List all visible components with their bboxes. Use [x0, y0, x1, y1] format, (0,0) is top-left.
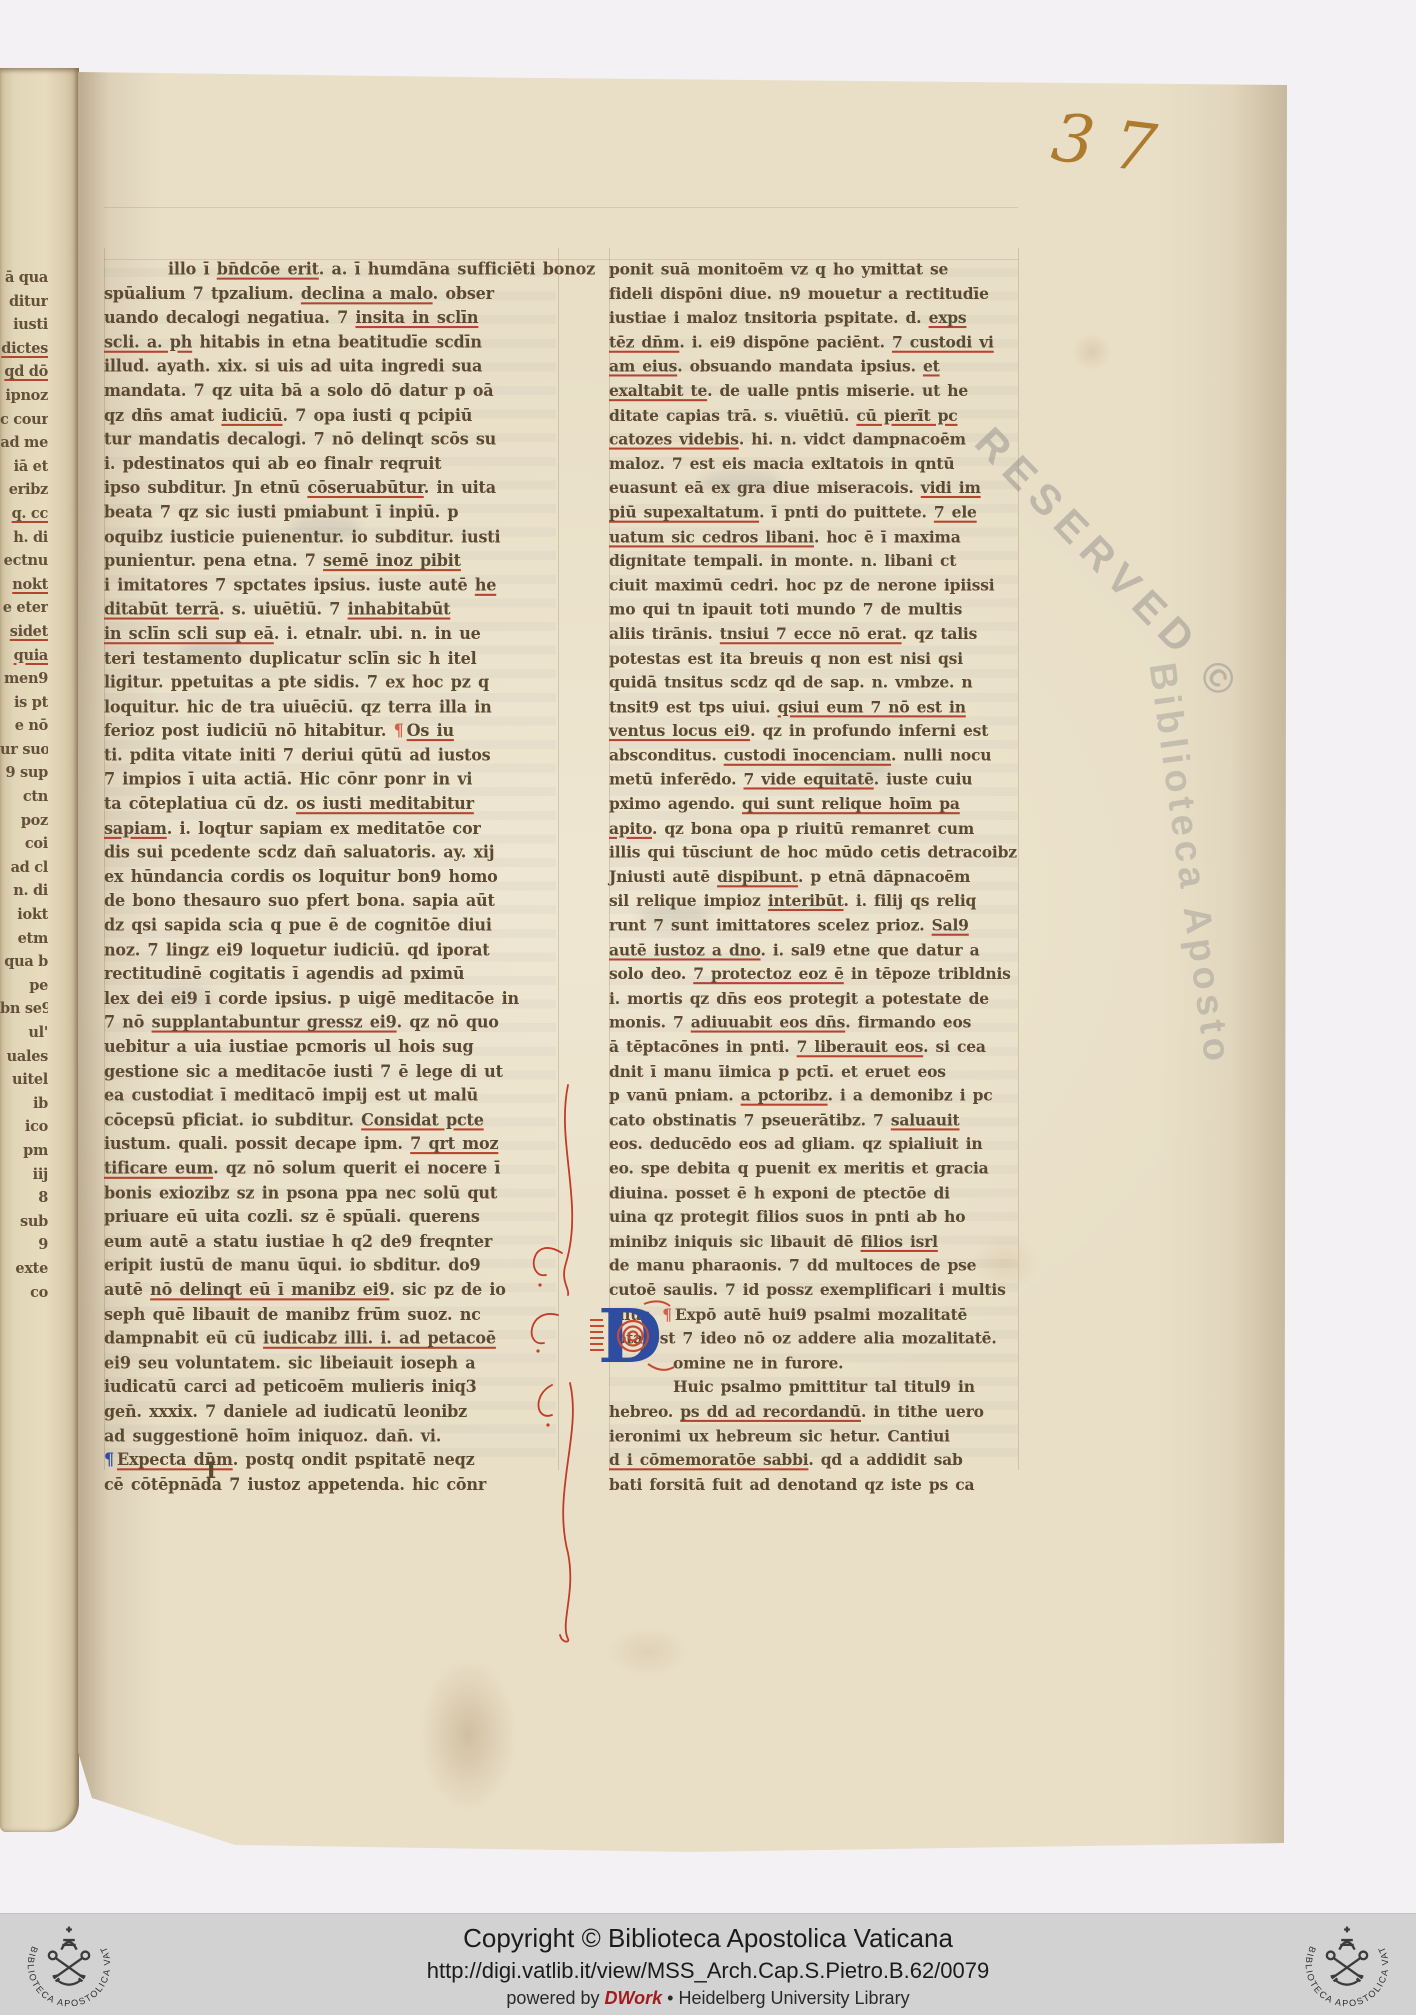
- manuscript-line: minibz iniquis sic libauit dē filios isr…: [609, 1229, 1019, 1253]
- manuscript-line: n. di: [0, 879, 48, 903]
- manuscript-line: oquibz iusticie puienentur. io subditur.…: [104, 524, 558, 548]
- rubric-underline: cū pierīt pc: [856, 405, 957, 425]
- manuscript-line: iij: [0, 1163, 48, 1187]
- manuscript-line: ad me: [0, 431, 48, 455]
- illuminated-initial-d: D: [588, 1294, 680, 1380]
- rubric-underline: uatum sic cedros libani: [609, 526, 814, 546]
- crossed-keys-emblem: [1327, 1927, 1367, 1985]
- manuscript-line: mo qui tn ipauit toti mundo 7 de multis: [609, 597, 1019, 621]
- manuscript-line: sidet: [0, 620, 48, 644]
- manuscript-line: tur mandatis decalogi. 7 nō delinqt scōs…: [104, 427, 558, 451]
- rubric-underline: tēz dn̄m: [609, 332, 679, 352]
- paraph-mark-red: ¶: [394, 721, 407, 741]
- manuscript-line: nokt: [0, 573, 48, 597]
- previous-page-text-fragments: ā quadituriustidictesqd dōipnozc courad …: [0, 266, 48, 1304]
- manuscript-line: men9: [0, 667, 48, 691]
- manuscript-line: seph quē libauit de manibz frūm suoz. nc: [104, 1302, 558, 1326]
- previous-page-edge: ā quadituriustidictesqd dōipnozc courad …: [0, 68, 79, 1832]
- rubric-underline: custodi īnocenciam: [724, 745, 891, 765]
- rubric-underline: 7 custodi vi: [892, 332, 994, 352]
- rubric-underline: sidet: [10, 623, 48, 640]
- manuscript-line: ditabūt terrā. s. uiuētiū. 7 inhabitabūt: [104, 597, 558, 621]
- manuscript-line: ea custodiat ī meditacō impij est ut mal…: [104, 1083, 558, 1107]
- manuscript-line: qz dn̄s amat iudiciū. 7 opa iusti q pcip…: [104, 403, 558, 427]
- rubric-underline: dictes: [1, 340, 48, 357]
- manuscript-line: eum autē a statu iustiae h q2 de9 freqnt…: [104, 1229, 558, 1253]
- manuscript-line: iustiae i maloz tnsitoria pspitate. d. e…: [609, 306, 1019, 330]
- manuscript-line: iusti: [0, 313, 48, 337]
- manuscript-line: euasunt eā ex gra diue miseracois. vidi …: [609, 476, 1019, 500]
- manuscript-line: mandata. 7 qz uita bā a solo dō datur p …: [104, 379, 558, 403]
- ruling-line: [104, 207, 1018, 208]
- manuscript-line: iudicatū carci ad peticoēm mulieris iniq…: [104, 1375, 558, 1399]
- manuscript-line: dnit ī manu īimica p pctī. et eruet eos: [609, 1059, 1019, 1083]
- manuscript-line: ditate capias trā. s. viuētiū. cū pierīt…: [609, 403, 1019, 427]
- manuscript-line: qua b: [0, 950, 48, 974]
- manuscript-line: dis sui pcedente scdz dan̄ saluatoris. a…: [104, 840, 558, 864]
- rubric-underline: Considat pcte: [361, 1110, 484, 1130]
- manuscript-line: cōcepsū pficiat. io subditur. Considat p…: [104, 1108, 558, 1132]
- rubric-underline: inhabitabūt: [348, 599, 451, 619]
- manuscript-line: autē nō delinqt eū ī manibz ei9. sic pz …: [104, 1278, 558, 1302]
- paraph-mark-blue: ¶: [104, 1450, 117, 1470]
- manuscript-line: gen̄. xxxix. 7 daniele ad iudicatū leoni…: [104, 1399, 558, 1423]
- manuscript-line: h. di: [0, 526, 48, 550]
- manuscript-line: ei9 seu voluntatem. sic libeiauit ioseph…: [104, 1351, 558, 1375]
- manuscript-line: uebitur a uia iustiae pcmoris ul hois su…: [104, 1035, 558, 1059]
- manuscript-line: coi: [0, 832, 48, 856]
- manuscript-line: sapiam. i. loqtur sapiam ex meditatōe co…: [104, 816, 558, 840]
- binding-crease: [78, 0, 80, 74]
- rubric-underline: a pctoribz: [741, 1085, 828, 1105]
- manuscript-line: ā qua: [0, 266, 48, 290]
- manuscript-line: eos. deducēdo eos ad gliam. qz spialiuit…: [609, 1132, 1019, 1156]
- rubric-underline: Sal9: [932, 915, 969, 935]
- svg-text:D: D: [598, 1294, 662, 1380]
- manuscript-line: exaltabit te. de ualle pntis miserie. ut…: [609, 379, 1019, 403]
- rubric-underline: tificare eum: [104, 1158, 213, 1178]
- manuscript-line: scli. a. ph hitabis in etna beatitudīe s…: [104, 330, 558, 354]
- vatican-library-logo-left: BIBLIOTECA APOSTOLICA VATICANA: [10, 1917, 128, 2013]
- manuscript-line: ta cōteplatiua cū dz. os iusti meditabit…: [104, 792, 558, 816]
- rubric-underline: autē iustoz a dno: [609, 940, 761, 960]
- manuscript-line: ectnu: [0, 549, 48, 573]
- manuscript-line: dz qsi sapida scia q pue ē de cognitōe d…: [104, 913, 558, 937]
- rubric-underline: nokt: [12, 576, 48, 593]
- footer-bar: BIBLIOTECA APOSTOLICA VATICANA Copyright…: [0, 1913, 1416, 2015]
- manuscript-line: exte: [0, 1257, 48, 1281]
- rubric-underline: os iusti meditabitur: [296, 794, 474, 814]
- manuscript-line: punientur. pena etna. 7 semē inoz pibit: [104, 549, 558, 573]
- manuscript-line: dignitate tempali. in monte. n. libani c…: [609, 549, 1019, 573]
- manuscript-line: ipnoz: [0, 384, 48, 408]
- manuscript-line: rectitudinē cogitatis ī agendis ad pximū: [104, 962, 558, 986]
- manuscript-line: c cour: [0, 408, 48, 432]
- manuscript-line: is pt: [0, 691, 48, 715]
- manuscript-line: aliis tirānis. tnsiui 7 ecce nō erat. qz…: [609, 622, 1019, 646]
- manuscript-line: cato obstinatis 7 pseuerātibz. 7 saluaui…: [609, 1108, 1019, 1132]
- manuscript-line: in sclīn scli sup eā. i. etnalr. ubi. n.…: [104, 622, 558, 646]
- manuscript-line: spūalium 7 tpzalium. declina a malo. obs…: [104, 281, 558, 305]
- rubric-underline: he: [475, 575, 496, 595]
- rubric-underline: 7 qrt moz: [410, 1134, 498, 1154]
- manuscript-line: ico: [0, 1115, 48, 1139]
- manuscript-line: runt 7 sunt imittatores scelez prioz. Sa…: [609, 913, 1019, 937]
- dwork-brand: DWork: [604, 1988, 662, 2008]
- rubric-underline: catozes videbis: [609, 429, 739, 449]
- manuscript-line: co: [0, 1281, 48, 1305]
- rubric-underline: declina a malo: [301, 283, 433, 303]
- manuscript-page: 37 RESERVED © Biblioteca Aposto illo ī b…: [0, 0, 1416, 2015]
- manuscript-line: illo ī bn̄dcōe erit. a. ī humdāna suffic…: [104, 257, 558, 281]
- manuscript-line: piū supexaltatum. ī pnti do puittete. 7 …: [609, 500, 1019, 524]
- manuscript-line: poz: [0, 809, 48, 833]
- rubric-underline: scli. a. ph: [104, 332, 192, 352]
- rubric-underline: iudiciū: [221, 405, 282, 425]
- rubric-underline: semē inoz pibit: [323, 551, 461, 571]
- manuscript-line: ti. pdita vitate initi 7 deriui qūtū ad …: [104, 743, 558, 767]
- rubric-underline: ventus locus ei9: [609, 721, 750, 741]
- rubric-underline: in sclīn scli sup eā: [104, 624, 274, 644]
- manuscript-line: ctn: [0, 785, 48, 809]
- powered-by-prefix: powered by: [506, 1988, 604, 2008]
- manuscript-line: dampnabit eū cū iudicabz illi. i. ad pet…: [104, 1326, 558, 1350]
- svg-text:BIBLIOTECA APOSTOLICA VATICANA: BIBLIOTECA APOSTOLICA VATICANA: [1295, 1917, 1390, 2009]
- rubric-underline: sapiam: [104, 818, 167, 838]
- copyright-text: Copyright © Biblioteca Apostolica Vatica…: [463, 1923, 953, 1954]
- rubric-underline: apito: [609, 818, 652, 838]
- rubric-underline: insita in sclīn: [355, 308, 478, 328]
- rubric-underline: am eius: [609, 356, 677, 376]
- rubric-underline: et: [923, 356, 940, 376]
- text-column-left: illo ī bn̄dcōe erit. a. ī humdāna suffic…: [104, 257, 558, 1496]
- manuscript-line: sub: [0, 1210, 48, 1234]
- manuscript-line: metū inferēdo. 7 vide equitatē. iuste cu…: [609, 767, 1019, 791]
- manuscript-line: eripit iustū de manu ūqui. io sbditur. d…: [104, 1253, 558, 1277]
- rubric-underline: quia: [14, 647, 48, 664]
- manuscript-url-text: http://digi.vatlib.it/view/MSS_Arch.Cap.…: [427, 1958, 990, 1984]
- manuscript-line: i. pdestinatos qui ab eo finalr reqruit: [104, 451, 558, 475]
- rubric-underline: filios isrl: [861, 1231, 938, 1251]
- rubric-underline: q. cc: [12, 505, 48, 522]
- manuscript-line: ponit suā monitoēm vz q ho ymittat se: [609, 257, 1019, 281]
- manuscript-line: apito. qz bona opa p riuitū remanret cum: [609, 816, 1019, 840]
- rubric-underline: ps dd ad recordandū: [680, 1401, 861, 1421]
- footer-text-block: Copyright © Biblioteca Apostolica Vatica…: [138, 1921, 1278, 2009]
- manuscript-line: iokt: [0, 903, 48, 927]
- rubric-underline: Os iu: [407, 721, 454, 741]
- manuscript-line: fideli dispōni diue. n9 mouetur a rectit…: [609, 281, 1019, 305]
- manuscript-line: 9 sup: [0, 761, 48, 785]
- rubric-underline: bn̄dcōe erit: [217, 259, 319, 279]
- rubric-underline: nō delinqt eū ī manibz ei9: [150, 1280, 389, 1300]
- manuscript-line: catozes videbis. hi. n. vidct dampnacoēm: [609, 427, 1019, 451]
- manuscript-line: potestas est ita breuis q non est nisi q…: [609, 646, 1019, 670]
- manuscript-line: ligitur. ppetuitas a pte sidis. 7 ex hoc…: [104, 670, 558, 694]
- manuscript-line: cē cōtēpnāda 7 iustoz appetenda. hic cōn…: [104, 1472, 558, 1496]
- manuscript-line: teri testamento duplicatur sclīn sic h i…: [104, 646, 558, 670]
- manuscript-line: Jniusti autē dispibunt. p etnā dāpnacoēm: [609, 865, 1019, 889]
- folio-number: 37: [1048, 99, 1180, 191]
- manuscript-line: quia: [0, 644, 48, 668]
- manuscript-line: loquitur. hic de tra uiuēciū. qz terra i…: [104, 694, 558, 718]
- manuscript-line: quidā tnsitus scdz qd de sap. n. vmbze. …: [609, 670, 1019, 694]
- manuscript-line: beata 7 qz sic iusti pmiabunt ī inpiū. p: [104, 500, 558, 524]
- manuscript-line: noz. 7 lingz ei9 loquetur iudiciū. qd ip…: [104, 937, 558, 961]
- manuscript-line: ¶Expecta dn̄m. postq ondit pspitatē neqz: [104, 1448, 558, 1472]
- rubric-underline: qsiui eum 7 nō est in: [778, 696, 966, 716]
- manuscript-line: am eius. obsuando mandata ipsius. et: [609, 354, 1019, 378]
- manuscript-line: iā et: [0, 455, 48, 479]
- rubric-underline: 7 liberauit eos: [797, 1037, 924, 1057]
- rubric-underline: iudicabz illi. i. ad petacoē: [263, 1328, 496, 1348]
- manuscript-line: eribz: [0, 478, 48, 502]
- manuscript-line: ib: [0, 1092, 48, 1116]
- svg-text:BIBLIOTECA APOSTOLICA VATICANA: BIBLIOTECA APOSTOLICA VATICANA: [17, 1917, 112, 2009]
- manuscript-line: ciuit maximū cedri. hoc pz de nerone ipi…: [609, 573, 1019, 597]
- manuscript-line: dictes: [0, 337, 48, 361]
- manuscript-line: hebreo. ps dd ad recordandū. in tithe ue…: [609, 1399, 1019, 1423]
- manuscript-line: autē iustoz a dno. i. sal9 etne que datu…: [609, 937, 1019, 961]
- rubric-underline: ditabūt terrā: [104, 599, 219, 619]
- rubric-underline: cōseruabūtur: [307, 478, 423, 498]
- manuscript-line: de manu pharaonis. 7 dd multoces de pse: [609, 1253, 1019, 1277]
- powered-by-suffix: • Heidelberg University Library: [662, 1988, 909, 2008]
- manuscript-line: ur suo: [0, 738, 48, 762]
- manuscript-line: pximo agendo. qui sunt relique hoīm pa: [609, 792, 1019, 816]
- manuscript-line: ieronimi ux hebreum sic hetur. Cantiui: [609, 1423, 1019, 1447]
- manuscript-line: priuare eū uita cozli. sz ē spūali. quer…: [104, 1205, 558, 1229]
- manuscript-line: i imitatores 7 spctates ipsius. iuste au…: [104, 573, 558, 597]
- crossed-keys-emblem: [49, 1927, 89, 1985]
- rubric-underline: 7 ele: [934, 502, 977, 522]
- manuscript-line: d i cōmemoratōe sabbi. qd a addidit sab: [609, 1448, 1019, 1472]
- rubric-underline: supplantabuntur gressz ei9: [152, 1012, 397, 1032]
- manuscript-line: eo. spe debita q puenit ex meritis et gr…: [609, 1156, 1019, 1180]
- manuscript-line: sil relique impioz interibūt. i. filij q…: [609, 889, 1019, 913]
- manuscript-line: ad cl: [0, 856, 48, 880]
- manuscript-line: ad suggestionē hoīm iniquoz. dan̄. vi.: [104, 1423, 558, 1447]
- manuscript-line: 9: [0, 1233, 48, 1257]
- manuscript-line: ventus locus ei9. qz in profundo inferni…: [609, 719, 1019, 743]
- manuscript-line: ferioz post iudiciū nō hitabitur. ¶Os iu: [104, 719, 558, 743]
- rubric-underline: saluauit: [891, 1110, 960, 1130]
- manuscript-line: lex dei ei9 ī corde ipsius. p uigē medit…: [104, 986, 558, 1010]
- powered-by-text: powered by DWork • Heidelberg University…: [506, 1988, 909, 2009]
- manuscript-line: 8: [0, 1186, 48, 1210]
- manuscript-line: 7 impios ī uita actiā. Hic cōnr ponr in …: [104, 767, 558, 791]
- manuscript-line: pe: [0, 974, 48, 998]
- manuscript-line: ditur: [0, 290, 48, 314]
- rubric-underline: interibūt: [768, 891, 844, 911]
- manuscript-line: uina qz protegit filios suos in pnti ab …: [609, 1205, 1019, 1229]
- manuscript-line: e eter: [0, 596, 48, 620]
- manuscript-line: i. mortis qz dn̄s eos protegit a potesta…: [609, 986, 1019, 1010]
- manuscript-line: p vanū pniam. a pctoribz. i a demonibz i…: [609, 1083, 1019, 1107]
- rubric-underline: vidi im: [921, 478, 981, 498]
- manuscript-line: uatum sic cedros libani. hoc ē ī maxima: [609, 524, 1019, 548]
- manuscript-line: illud. ayath. xix. si uis ad uita ingred…: [104, 354, 558, 378]
- rubric-underline: qd dō: [4, 363, 48, 380]
- manuscript-line: q. cc: [0, 502, 48, 526]
- manuscript-line: uando decalogi negatiua. 7 insita in scl…: [104, 306, 558, 330]
- rubric-underline: exps: [929, 308, 967, 328]
- manuscript-line: 7 nō supplantabuntur gressz ei9. qz nō q…: [104, 1010, 558, 1034]
- manuscript-line: ā tēptacōnes in pnti. 7 liberauit eos. s…: [609, 1035, 1019, 1059]
- manuscript-line: gestione sic a meditacōe iusti 7 ē lege …: [104, 1059, 558, 1083]
- manuscript-line: iustum. quali. possit decape ipm. 7 qrt …: [104, 1132, 558, 1156]
- manuscript-line: uitel: [0, 1068, 48, 1092]
- manuscript-line: tnsit9 est tps uiui. qsiui eum 7 nō est …: [609, 694, 1019, 718]
- watermark-library-name: Biblioteca Aposto: [1139, 660, 1238, 1069]
- manuscript-line: ul': [0, 1021, 48, 1045]
- manuscript-line: de bono thesauro suo pfert bona. sapia a…: [104, 889, 558, 913]
- rubric-underline: 7 protectoz eoz ē: [693, 964, 844, 984]
- manuscript-line: solo deo. 7 protectoz eoz ē in tēpoze tr…: [609, 962, 1019, 986]
- rubric-underline: dispibunt: [717, 867, 798, 887]
- manuscript-line: bati forsitā fuit ad denotand qz iste ps…: [609, 1472, 1019, 1496]
- manuscript-line: bonis exiozibz sz in psona ppa nec solū …: [104, 1180, 558, 1204]
- rubric-underline: adiuuabit eos dn̄s: [691, 1012, 845, 1032]
- manuscript-line: e nō: [0, 714, 48, 738]
- rubric-underline: piū supexaltatum: [609, 502, 759, 522]
- rubric-underline: tnsiui 7 ecce nō erat: [720, 624, 902, 644]
- manuscript-line: ipso subditur. Jn etnū cōseruabūtur. in …: [104, 476, 558, 500]
- manuscript-line: tificare eum. qz nō solum querit ei noce…: [104, 1156, 558, 1180]
- rubric-underline: 7 vide equitatē: [744, 769, 874, 789]
- manuscript-line: tēz dn̄m. i. ei9 dispōne paciēnt. 7 cust…: [609, 330, 1019, 354]
- manuscript-line: etm: [0, 927, 48, 951]
- manuscript-line: absconditus. custodi īnocenciam. nulli n…: [609, 743, 1019, 767]
- catchword-mark: I: [206, 1458, 216, 1484]
- rubric-underline: exaltabit te: [609, 381, 707, 401]
- manuscript-line: ex hūndancia cordis os loquitur bon9 hom…: [104, 865, 558, 889]
- manuscript-line: illis qui tūsciunt de hoc mūdo cetis det…: [609, 840, 1019, 864]
- manuscript-line: uales: [0, 1045, 48, 1069]
- manuscript-line: qd dō: [0, 360, 48, 384]
- manuscript-scan-viewer: ā quadituriustidictesqd dōipnozc courad …: [0, 0, 1416, 2015]
- manuscript-line: monis. 7 adiuuabit eos dn̄s. firmando eo…: [609, 1010, 1019, 1034]
- manuscript-line: diuina. posset ē h exponi de ptectōe di: [609, 1180, 1019, 1204]
- manuscript-line: pm: [0, 1139, 48, 1163]
- rubric-underline: qui sunt relique hoīm pa: [742, 794, 960, 814]
- vatican-library-logo-right: BIBLIOTECA APOSTOLICA VATICANA: [1288, 1917, 1406, 2013]
- manuscript-line: maloz. 7 est eis macia exltatois in qntū: [609, 451, 1019, 475]
- manuscript-line: bn se9: [0, 997, 48, 1021]
